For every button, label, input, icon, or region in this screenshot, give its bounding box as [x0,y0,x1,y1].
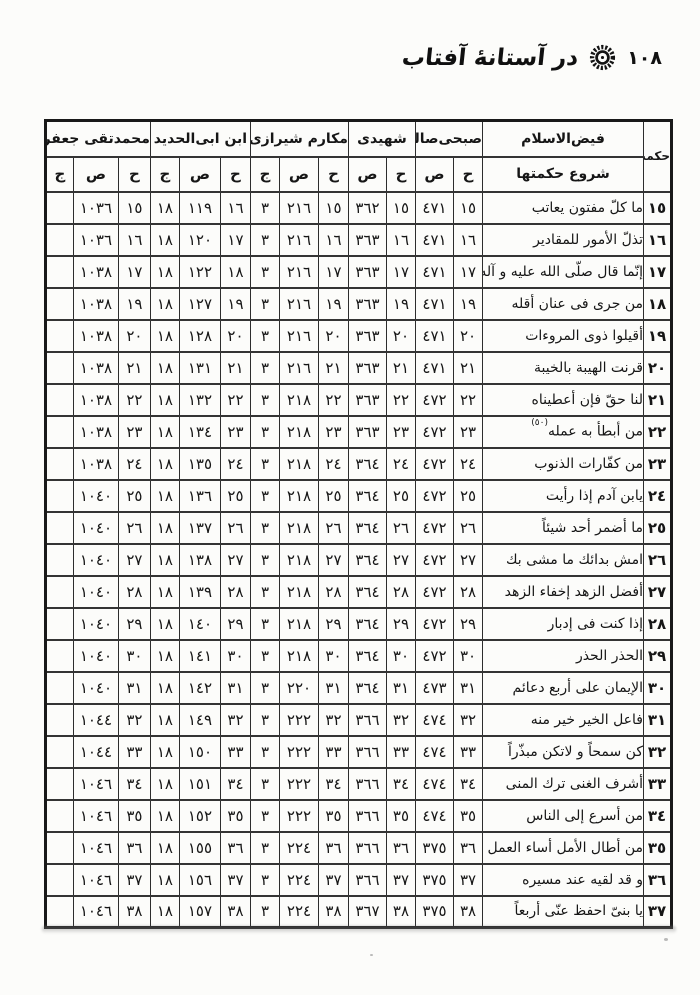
reference-cell: ٢٦ [454,512,483,544]
reference-cell: ٣٠ [318,640,348,672]
reference-cell: ٣١ [220,672,250,704]
reference-cell: ٣ [250,544,279,576]
table-row: ٣٥من أطال الأمل أساء العمل٣٦٣٧٥٣٦٣٦٦٣٦٢٢… [45,832,671,864]
reference-cell: ٢٦ [118,512,150,544]
reference-cell: ١٥٧ [179,896,220,928]
reference-cell: ١٦ [318,224,348,256]
reference-cell: ٤٧٢ [415,640,453,672]
table-row: ١٦تذلّ الأمور للمقادير١٦٤٧١١٦٣٦٣١٦٢١٦٣١٧… [45,224,671,256]
reference-cell [45,384,73,416]
hikmat-number: ١٦ [644,224,672,256]
reference-cell: ٢١ [118,352,150,384]
reference-cell: ١٣٢ [179,384,220,416]
reference-cell [45,192,73,224]
scan-speck [664,938,668,941]
reference-cell: ٢٢٢ [279,800,318,832]
reference-cell: ٢٢٤ [279,832,318,864]
table-row: ٣٠الإيمان على أربع دعائم٣١٤٧٣٣١٣٦٤٣١٢٢٠٣… [45,672,671,704]
subcolumn-header-mohammad-taqi-jafari: ح [118,157,150,192]
reference-cell: ٢٠ [220,320,250,352]
reference-cell: ٤٧٢ [415,544,453,576]
reference-cell: ٣٧٥ [415,832,453,864]
reference-cell: ٣٧ [220,864,250,896]
hikmat-number: ٣٢ [644,736,672,768]
table-row: ١٥ما كلّ مفتون يعاتب١٥٤٧١١٥٣٦٢١٥٢١٦٣١٦١١… [45,192,671,224]
reference-cell: ١٧ [386,256,415,288]
reference-cell: ٢٨ [220,576,250,608]
hikmat-opening-text: من أبطأ به عمله(٥٠) [483,416,644,448]
reference-cell: ١٥ [118,192,150,224]
reference-cell: ٢٦ [220,512,250,544]
hikmat-opening-text: كن سمحاً و لاتكن مبذّراً [483,736,644,768]
reference-cell: ١٠٤٦ [73,768,118,800]
table-body: ١٥ما كلّ مفتون يعاتب١٥٤٧١١٥٣٦٢١٥٢١٦٣١٦١١… [45,192,671,928]
reference-cell: ١٠٣٨ [73,352,118,384]
hikmat-number: ١٧ [644,256,672,288]
reference-cell: ٣٥ [386,800,415,832]
reference-cell: ٤٧٣ [415,672,453,704]
reference-cell: ٤٧١ [415,256,453,288]
reference-cell: ٢٤ [454,448,483,480]
reference-cell: ١٤١ [179,640,220,672]
scan-shadow-artifact [42,926,676,933]
reference-cell: ٢٣ [318,416,348,448]
reference-cell: ٣٨ [118,896,150,928]
reference-cell: ١٠٤٠ [73,576,118,608]
reference-cell: ٣٨ [220,896,250,928]
reference-cell: ٢٥ [386,480,415,512]
reference-cell [45,640,73,672]
reference-cell: ٢٠ [118,320,150,352]
reference-cell: ١٢٧ [179,288,220,320]
reference-cell: ٣٤ [118,768,150,800]
reference-cell: ١٩ [386,288,415,320]
hikmat-number: ٣٧ [644,896,672,928]
column-header-feyz-al-islam: فيض‌الاسلام [483,121,644,157]
table-row: ٢٠قرنت الهيبة بالخيبة٢١٤٧١٢١٣٦٣٢١٢١٦٣٢١١… [45,352,671,384]
reference-cell: ٤٧٤ [415,800,453,832]
reference-cell: ٣٥ [118,800,150,832]
hikmat-number: ٢٠ [644,352,672,384]
reference-cell: ١٨ [150,640,179,672]
hikmat-opening-text: تذلّ الأمور للمقادير [483,224,644,256]
hikmat-opening-text: امش بدائك ما مشى بك [483,544,644,576]
reference-cell: ٣٦٣ [348,224,386,256]
table-row: ٢٢من أبطأ به عمله(٥٠)٢٣٤٧٢٢٣٣٦٣٢٣٢١٨٣٢٣١… [45,416,671,448]
reference-cell: ٣ [250,224,279,256]
reference-cell: ٤٧١ [415,192,453,224]
reference-cell: ٣ [250,288,279,320]
reference-cell: ٣٣ [220,736,250,768]
reference-cell: ٤٧٤ [415,768,453,800]
hikmat-opening-text: من جرى فى عنان أقله [483,288,644,320]
hikmat-number: ٣٥ [644,832,672,864]
reference-cell [45,800,73,832]
reference-cell: ٣٦٤ [348,448,386,480]
reference-cell: ٢٧ [454,544,483,576]
table-row: ٣٢كن سمحاً و لاتكن مبذّراً٣٣٤٧٤٣٣٣٦٦٣٣٢٢… [45,736,671,768]
reference-cell [45,480,73,512]
table-row: ١٧إنّما قال صلّى الله عليه و آله١٧٤٧١١٧٣… [45,256,671,288]
reference-cell: ٢١٦ [279,288,318,320]
reference-cell [45,320,73,352]
running-head: ١٠٨ در آستانهٔ آفتاب [402,44,662,71]
reference-cell: ٢٨ [118,576,150,608]
reference-cell: ٣ [250,384,279,416]
reference-cell: ٤٧١ [415,352,453,384]
reference-cell [45,352,73,384]
hikmat-opening-text: أشرف الغنى ترك المنى [483,768,644,800]
reference-cell: ٢٥ [454,480,483,512]
reference-cell: ٢٣ [386,416,415,448]
hikmat-number: ٣٤ [644,800,672,832]
reference-cell: ٣ [250,448,279,480]
reference-cell: ٢٠ [318,320,348,352]
reference-cell: ٢٦ [318,512,348,544]
reference-cell: ١٨ [150,352,179,384]
reference-cell: ٣٢ [454,704,483,736]
reference-cell: ١٥ [318,192,348,224]
reference-cell: ٤٧٢ [415,416,453,448]
table-row: ٢٩الحذر الحذر٣٠٤٧٢٣٠٣٦٤٣٠٢١٨٣٣٠١٤١١٨٣٠١٠… [45,640,671,672]
reference-cell: ١٦ [220,192,250,224]
reference-cell: ١٨ [150,256,179,288]
reference-cell: ٢٠ [386,320,415,352]
reference-cell: ٢٢ [454,384,483,416]
reference-cell: ١٣٩ [179,576,220,608]
reference-cell: ١٨ [150,768,179,800]
hikmat-number: ٢٤ [644,480,672,512]
reference-cell: ١٨ [150,896,179,928]
reference-cell: ١٧ [318,256,348,288]
reference-cell: ٢١٦ [279,192,318,224]
reference-cell: ٣٠ [220,640,250,672]
scan-speck [370,954,373,956]
reference-cell: ١٤٢ [179,672,220,704]
reference-cell: ٢١٨ [279,384,318,416]
hikmat-opening-text: إذا كنت فى إدبار [483,608,644,640]
reference-cell: ٣٦٣ [348,288,386,320]
subcolumn-header-ibn-abi-alhadid: ص [179,157,220,192]
reference-cell: ٣٥ [454,800,483,832]
hikmat-opening-text: من أسرع إلى الناس [483,800,644,832]
hikmat-number: ٢٨ [644,608,672,640]
reference-cell: ٤٧٢ [415,480,453,512]
reference-cell: ١٠٣٨ [73,320,118,352]
hikmat-number: ٣٠ [644,672,672,704]
reference-cell: ٣٢ [318,704,348,736]
reference-cell: ٤٧٤ [415,736,453,768]
reference-cell: ٢١ [318,352,348,384]
reference-cell: ٣٦ [454,832,483,864]
subcolumn-header-ibn-abi-alhadid: ج [150,157,179,192]
reference-cell: ٤٧٢ [415,608,453,640]
reference-cell: ١٣٦ [179,480,220,512]
reference-cell: ٢٢٤ [279,896,318,928]
hikmat-number: ٣١ [644,704,672,736]
reference-cell: ١٥٠ [179,736,220,768]
reference-cell: ٣٢ [118,704,150,736]
reference-cell: ١٨ [150,416,179,448]
reference-cell: ٣٧ [118,864,150,896]
reference-cell: ٤٧١ [415,224,453,256]
reference-cell: ٢٣ [220,416,250,448]
reference-cell: ٣٦٦ [348,864,386,896]
reference-cell: ٣٧ [386,864,415,896]
hikmat-cross-reference-table: حكمت فيض‌الاسلام صبحى‌صالحشهيدىمكارم شير… [44,119,673,929]
reference-cell: ٢٥ [118,480,150,512]
hikmat-opening-text: الإيمان على أربع دعائم [483,672,644,704]
reference-cell: ٢٢٤ [279,864,318,896]
hikmat-opening-text: من أطال الأمل أساء العمل [483,832,644,864]
table-row: ٣٦و قد لقيه عند مسيره٣٧٣٧٥٣٧٣٦٦٣٧٢٢٤٣٣٧١… [45,864,671,896]
reference-cell: ٣ [250,416,279,448]
reference-cell: ١٨ [150,384,179,416]
reference-cell [45,416,73,448]
reference-cell: ٣٦٢ [348,192,386,224]
reference-cell: ١٠٤٦ [73,832,118,864]
reference-cell: ٢٤ [386,448,415,480]
reference-cell: ٤٧٢ [415,384,453,416]
reference-cell: ٣٦٣ [348,320,386,352]
reference-cell: ٢٢٢ [279,768,318,800]
reference-cell: ٢٦ [386,512,415,544]
reference-cell: ١٠٤٤ [73,736,118,768]
reference-cell: ٣٧ [454,864,483,896]
reference-cell: ٣٦٧ [348,896,386,928]
hikmat-number: ٢٩ [644,640,672,672]
reference-cell: ١٨ [150,864,179,896]
reference-cell: ٣٦ [386,832,415,864]
reference-cell: ٢٢٢ [279,704,318,736]
reference-cell: ١٠٤٦ [73,864,118,896]
reference-cell: ٢٨ [454,576,483,608]
reference-cell: ٣٦٤ [348,512,386,544]
reference-cell: ١٨ [150,608,179,640]
reference-cell: ٣٦٤ [348,544,386,576]
reference-cell: ٣٣ [318,736,348,768]
reference-cell: ٣١ [386,672,415,704]
reference-cell: ٣ [250,736,279,768]
reference-cell: ١٣٧ [179,512,220,544]
reference-cell: ٤٧١ [415,320,453,352]
reference-cell: ٣ [250,768,279,800]
hikmat-number: ١٩ [644,320,672,352]
reference-cell: ١٠٤٦ [73,800,118,832]
reference-cell: ٣ [250,608,279,640]
reference-cell: ٢٧ [318,544,348,576]
reference-cell [45,576,73,608]
reference-cell: ٣٧٥ [415,896,453,928]
subcolumn-header-ibn-abi-alhadid: ح [220,157,250,192]
reference-cell: ٣٢ [220,704,250,736]
reference-cell: ١٨ [150,224,179,256]
reference-cell: ٣٦٤ [348,480,386,512]
hikmat-number: ٢٢ [644,416,672,448]
reference-cell: ٢١٦ [279,224,318,256]
reference-cell: ٣٦٣ [348,416,386,448]
reference-cell: ٢١٨ [279,576,318,608]
table-row: ٢٨إذا كنت فى إدبار٢٩٤٧٢٢٩٣٦٤٢٩٢١٨٣٢٩١٤٠١… [45,608,671,640]
reference-cell: ١٦ [386,224,415,256]
reference-cell: ٤٧٢ [415,576,453,608]
book-title: در آستانهٔ آفتاب [401,45,580,71]
reference-cell: ٢١٦ [279,320,318,352]
subcolumn-header-mohammad-taqi-jafari: ج [45,157,73,192]
table-row: ٣٣أشرف الغنى ترك المنى٣٤٤٧٤٣٤٣٦٦٣٤٢٢٢٣٣٤… [45,768,671,800]
reference-cell: ١٠٣٦ [73,224,118,256]
group-header-sobhi-saleh: صبحى‌صالح [415,121,482,157]
reference-cell: ٣ [250,896,279,928]
reference-cell: ٣٣ [118,736,150,768]
reference-cell: ٢١ [454,352,483,384]
reference-cell [45,224,73,256]
reference-cell: ٣ [250,704,279,736]
reference-cell: ٣٦٤ [348,576,386,608]
header-row-groups: حكمت فيض‌الاسلام صبحى‌صالحشهيدىمكارم شير… [45,121,671,157]
reference-cell: ١٢٢ [179,256,220,288]
reference-cell: ١٧ [220,224,250,256]
reference-cell: ١٠٣٨ [73,416,118,448]
reference-cell [45,832,73,864]
reference-cell [45,704,73,736]
reference-cell: ٢٠ [454,320,483,352]
reference-cell: ٣٦٣ [348,352,386,384]
hikmat-opening-text: فاعل الخير خير منه [483,704,644,736]
reference-cell [45,256,73,288]
reference-cell: ٢٢ [220,384,250,416]
hikmat-number: ٢٣ [644,448,672,480]
hikmat-number: ٢٧ [644,576,672,608]
reference-cell: ١٥١ [179,768,220,800]
reference-cell: ١٠٤٠ [73,640,118,672]
reference-cell: ١٩ [118,288,150,320]
reference-cell: ٣١ [454,672,483,704]
reference-cell: ٣٣ [454,736,483,768]
reference-cell: ١٨ [150,576,179,608]
reference-cell: ٢٢ [118,384,150,416]
subcolumn-header-shahidi: ص [348,157,386,192]
reference-cell: ٣٦٤ [348,640,386,672]
reference-cell: ٢٧ [220,544,250,576]
reference-cell: ٣ [250,832,279,864]
reference-cell: ١٠٣٨ [73,288,118,320]
reference-cell: ٣١ [318,672,348,704]
reference-cell [45,864,73,896]
reference-cell: ٣٨ [454,896,483,928]
reference-cell: ٤٧٢ [415,512,453,544]
hikmat-opening-text: إنّما قال صلّى الله عليه و آله [483,256,644,288]
hikmat-opening-text: يابن آدم إذا رأيت [483,480,644,512]
hikmat-opening-text: يا بنىّ احفظ عنّى أربعاً [483,896,644,928]
reference-cell: ١٥ [386,192,415,224]
reference-cell: ٢١٦ [279,256,318,288]
reference-cell: ٢٢٢ [279,736,318,768]
reference-cell: ٢١٨ [279,544,318,576]
hikmat-number: ٢١ [644,384,672,416]
reference-cell: ٣٦ [220,832,250,864]
reference-cell: ٢٣ [118,416,150,448]
hikmat-opening-text: أفضل الزهد إخفاء الزهد [483,576,644,608]
reference-cell: ١٢٠ [179,224,220,256]
reference-cell: ٢١٨ [279,608,318,640]
reference-cell: ١١٩ [179,192,220,224]
subcolumn-header-makarem-shirazi: ج [250,157,279,192]
reference-cell: ٣٤ [220,768,250,800]
reference-cell [45,736,73,768]
hikmat-opening-text: الحذر الحذر [483,640,644,672]
reference-cell: ١٠٣٨ [73,384,118,416]
table-row: ٢٣من كفّارات الذنوب٢٤٤٧٢٢٤٣٦٤٢٤٢١٨٣٢٤١٣٥… [45,448,671,480]
reference-cell: ٣٦٦ [348,832,386,864]
reference-cell: ٣٨ [386,896,415,928]
reference-cell: ٢١ [220,352,250,384]
reference-cell [45,544,73,576]
reference-cell: ٢١٨ [279,480,318,512]
reference-cell: ١٨ [150,832,179,864]
hikmat-number: ١٥ [644,192,672,224]
reference-cell: ٣١ [118,672,150,704]
reference-cell: ٢١٨ [279,448,318,480]
reference-cell: ١٤٩ [179,704,220,736]
reference-cell: ١٠٣٦ [73,192,118,224]
hikmat-opening-text: لنا حقّ فإن أعطيناه [483,384,644,416]
reference-cell: ٢١ [386,352,415,384]
hikmat-opening-text: قرنت الهيبة بالخيبة [483,352,644,384]
subcolumn-header-shahidi: ح [386,157,415,192]
reference-cell: ١٠٤٦ [73,896,118,928]
reference-cell: ١٧ [118,256,150,288]
reference-cell: ٣٤ [386,768,415,800]
reference-cell: ٢١٨ [279,512,318,544]
reference-cell: ١٥٥ [179,832,220,864]
reference-cell [45,288,73,320]
table-row: ١٩أقيلوا ذوى المروءات٢٠٤٧١٢٠٣٦٣٢٠٢١٦٣٢٠١… [45,320,671,352]
reference-cell: ١٠٤٠ [73,672,118,704]
reference-cell: ١٨ [150,704,179,736]
reference-cell: ٣٦٦ [348,800,386,832]
reference-cell: ١٠٤٠ [73,608,118,640]
reference-cell: ٣٧ [318,864,348,896]
reference-cell: ٢٩ [220,608,250,640]
hikmat-opening-text: من كفّارات الذنوب [483,448,644,480]
reference-cell: ١٩ [318,288,348,320]
table-row: ٢٦امش بدائك ما مشى بك٢٧٤٧٢٢٧٣٦٤٢٧٢١٨٣٢٧١… [45,544,671,576]
reference-cell: ١٨ [150,192,179,224]
reference-cell: ٤٧٢ [415,448,453,480]
reference-cell: ٢٧ [118,544,150,576]
reference-cell: ٣٧٥ [415,864,453,896]
reference-cell [45,896,73,928]
reference-cell: ١٨ [150,800,179,832]
reference-cell: ٣ [250,352,279,384]
reference-cell: ٢٢ [386,384,415,416]
reference-cell: ١٧ [454,256,483,288]
column-header-hikmat: حكمت [644,121,672,192]
reference-cell: ٣٠ [386,640,415,672]
table-head: حكمت فيض‌الاسلام صبحى‌صالحشهيدىمكارم شير… [45,121,671,192]
subcolumn-header-makarem-shirazi: ص [279,157,318,192]
reference-table: حكمت فيض‌الاسلام صبحى‌صالحشهيدىمكارم شير… [47,119,673,928]
reference-cell: ١٨ [150,480,179,512]
table-row: ٢٥ما أضمر أحد شيئاً٢٦٤٧٢٢٦٣٦٤٢٦٢١٨٣٢٦١٣٧… [45,512,671,544]
reference-cell: ٣٦٦ [348,768,386,800]
reference-cell: ١٤٠ [179,608,220,640]
hikmat-number: ٢٥ [644,512,672,544]
reference-cell: ٤٧٤ [415,704,453,736]
subcolumn-header-mohammad-taqi-jafari: ص [73,157,118,192]
reference-cell: ٢٢٠ [279,672,318,704]
